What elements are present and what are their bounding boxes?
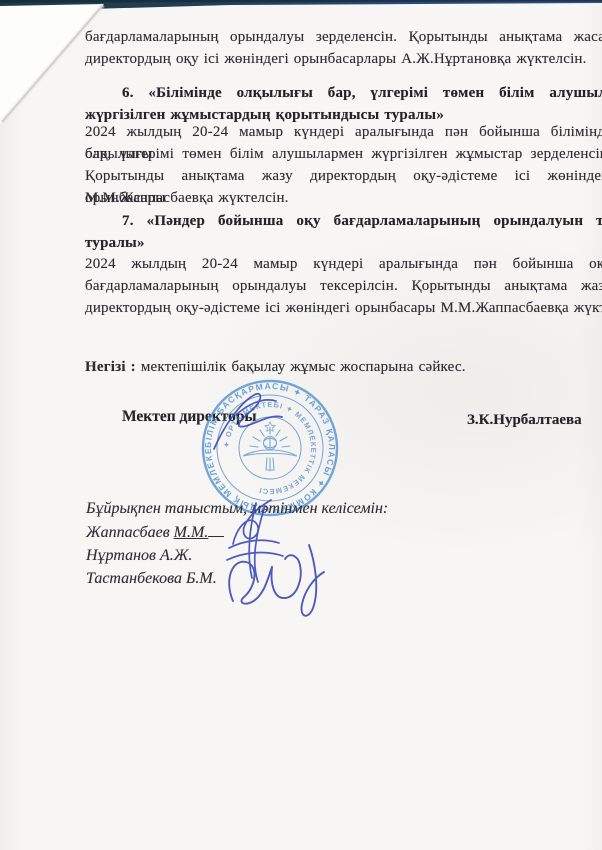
svg-text:БІЛІМ БАСҚАРМАСЫ ✦ ТАРАЗ ҚАЛАС: БІЛІМ БАСҚАРМАСЫ ✦ ТАРАЗ ҚАЛАСЫ ✦ КОММУН… <box>203 381 337 515</box>
paragraph-item6-line: бар, үлгерімі төмен білім алушылармен жү… <box>85 143 602 165</box>
acknowledgement-name-row: Нұртанов А.Ж. <box>86 544 388 567</box>
acknowledgement-name-row: Жаппасбаев М.М. <box>86 520 388 544</box>
person-initials: А.Ж. <box>160 547 192 564</box>
acknowledgement-intro: Бұйрықпен таныстым, мәтінмен келісемін: <box>86 497 388 520</box>
stamp-emblem <box>243 422 297 471</box>
paragraph-item5-line: директордың оқу ісі жөніндегі орынбасарл… <box>85 48 602 70</box>
person-name: Нұртанов <box>86 547 156 564</box>
director-name: З.К.Нурбалтаева <box>467 412 582 429</box>
basis-label: Негізі : <box>85 359 136 375</box>
basis-text: мектепішілік бақылау жұмыс жоспарына сәй… <box>141 359 466 375</box>
heading-item7-line: 7. «Пәндер бойынша оқу бағдарламаларының… <box>85 210 602 232</box>
person-name: Жаппасбаев <box>86 524 170 541</box>
paragraph-item7-line: 2024 жылдың 20-24 мамыр күндері аралығын… <box>85 253 602 275</box>
heading-item7-line: туралы» <box>85 232 602 254</box>
paragraph-item7-line: директордың оқу-әдістеме ісі жөніндегі о… <box>85 297 602 319</box>
heading-item6-line: 6. «Білімінде олқылығы бар, үлгерімі төм… <box>85 82 602 104</box>
person-initials: М.М. <box>174 524 209 541</box>
person-name: Тастанбекова <box>86 570 182 587</box>
scanned-document-page: бағдарламаларының орындалуы зерделенсін.… <box>0 0 602 850</box>
director-title: Мектеп директоры <box>122 408 257 426</box>
person-initials: Б.М. <box>186 570 217 587</box>
emblem-wings <box>243 450 297 456</box>
stamp-rim-text: БІЛІМ БАСҚАРМАСЫ ✦ ТАРАЗ ҚАЛАСЫ ✦ КОММУН… <box>203 381 337 515</box>
basis-line: Негізі : мектепішілік бақылау жұмыс жосп… <box>85 356 602 378</box>
paragraph-item5-line: бағдарламаларының орындалуы зерделенсін.… <box>85 26 602 48</box>
scan-top-edge <box>0 0 602 16</box>
acknowledgement-name-row: Тастанбекова Б.М. <box>86 567 388 590</box>
acknowledgement-block: Бұйрықпен таныстым, мәтінмен келісемін: … <box>86 497 388 590</box>
emblem-rays <box>250 427 290 447</box>
paragraph-item7-line: бағдарламаларының орындалуы тексерілсін.… <box>85 275 602 297</box>
signature-line <box>208 520 224 537</box>
paragraph-item6-line: М.М.Жаппасбаевқа жүктелсін. <box>85 187 602 209</box>
